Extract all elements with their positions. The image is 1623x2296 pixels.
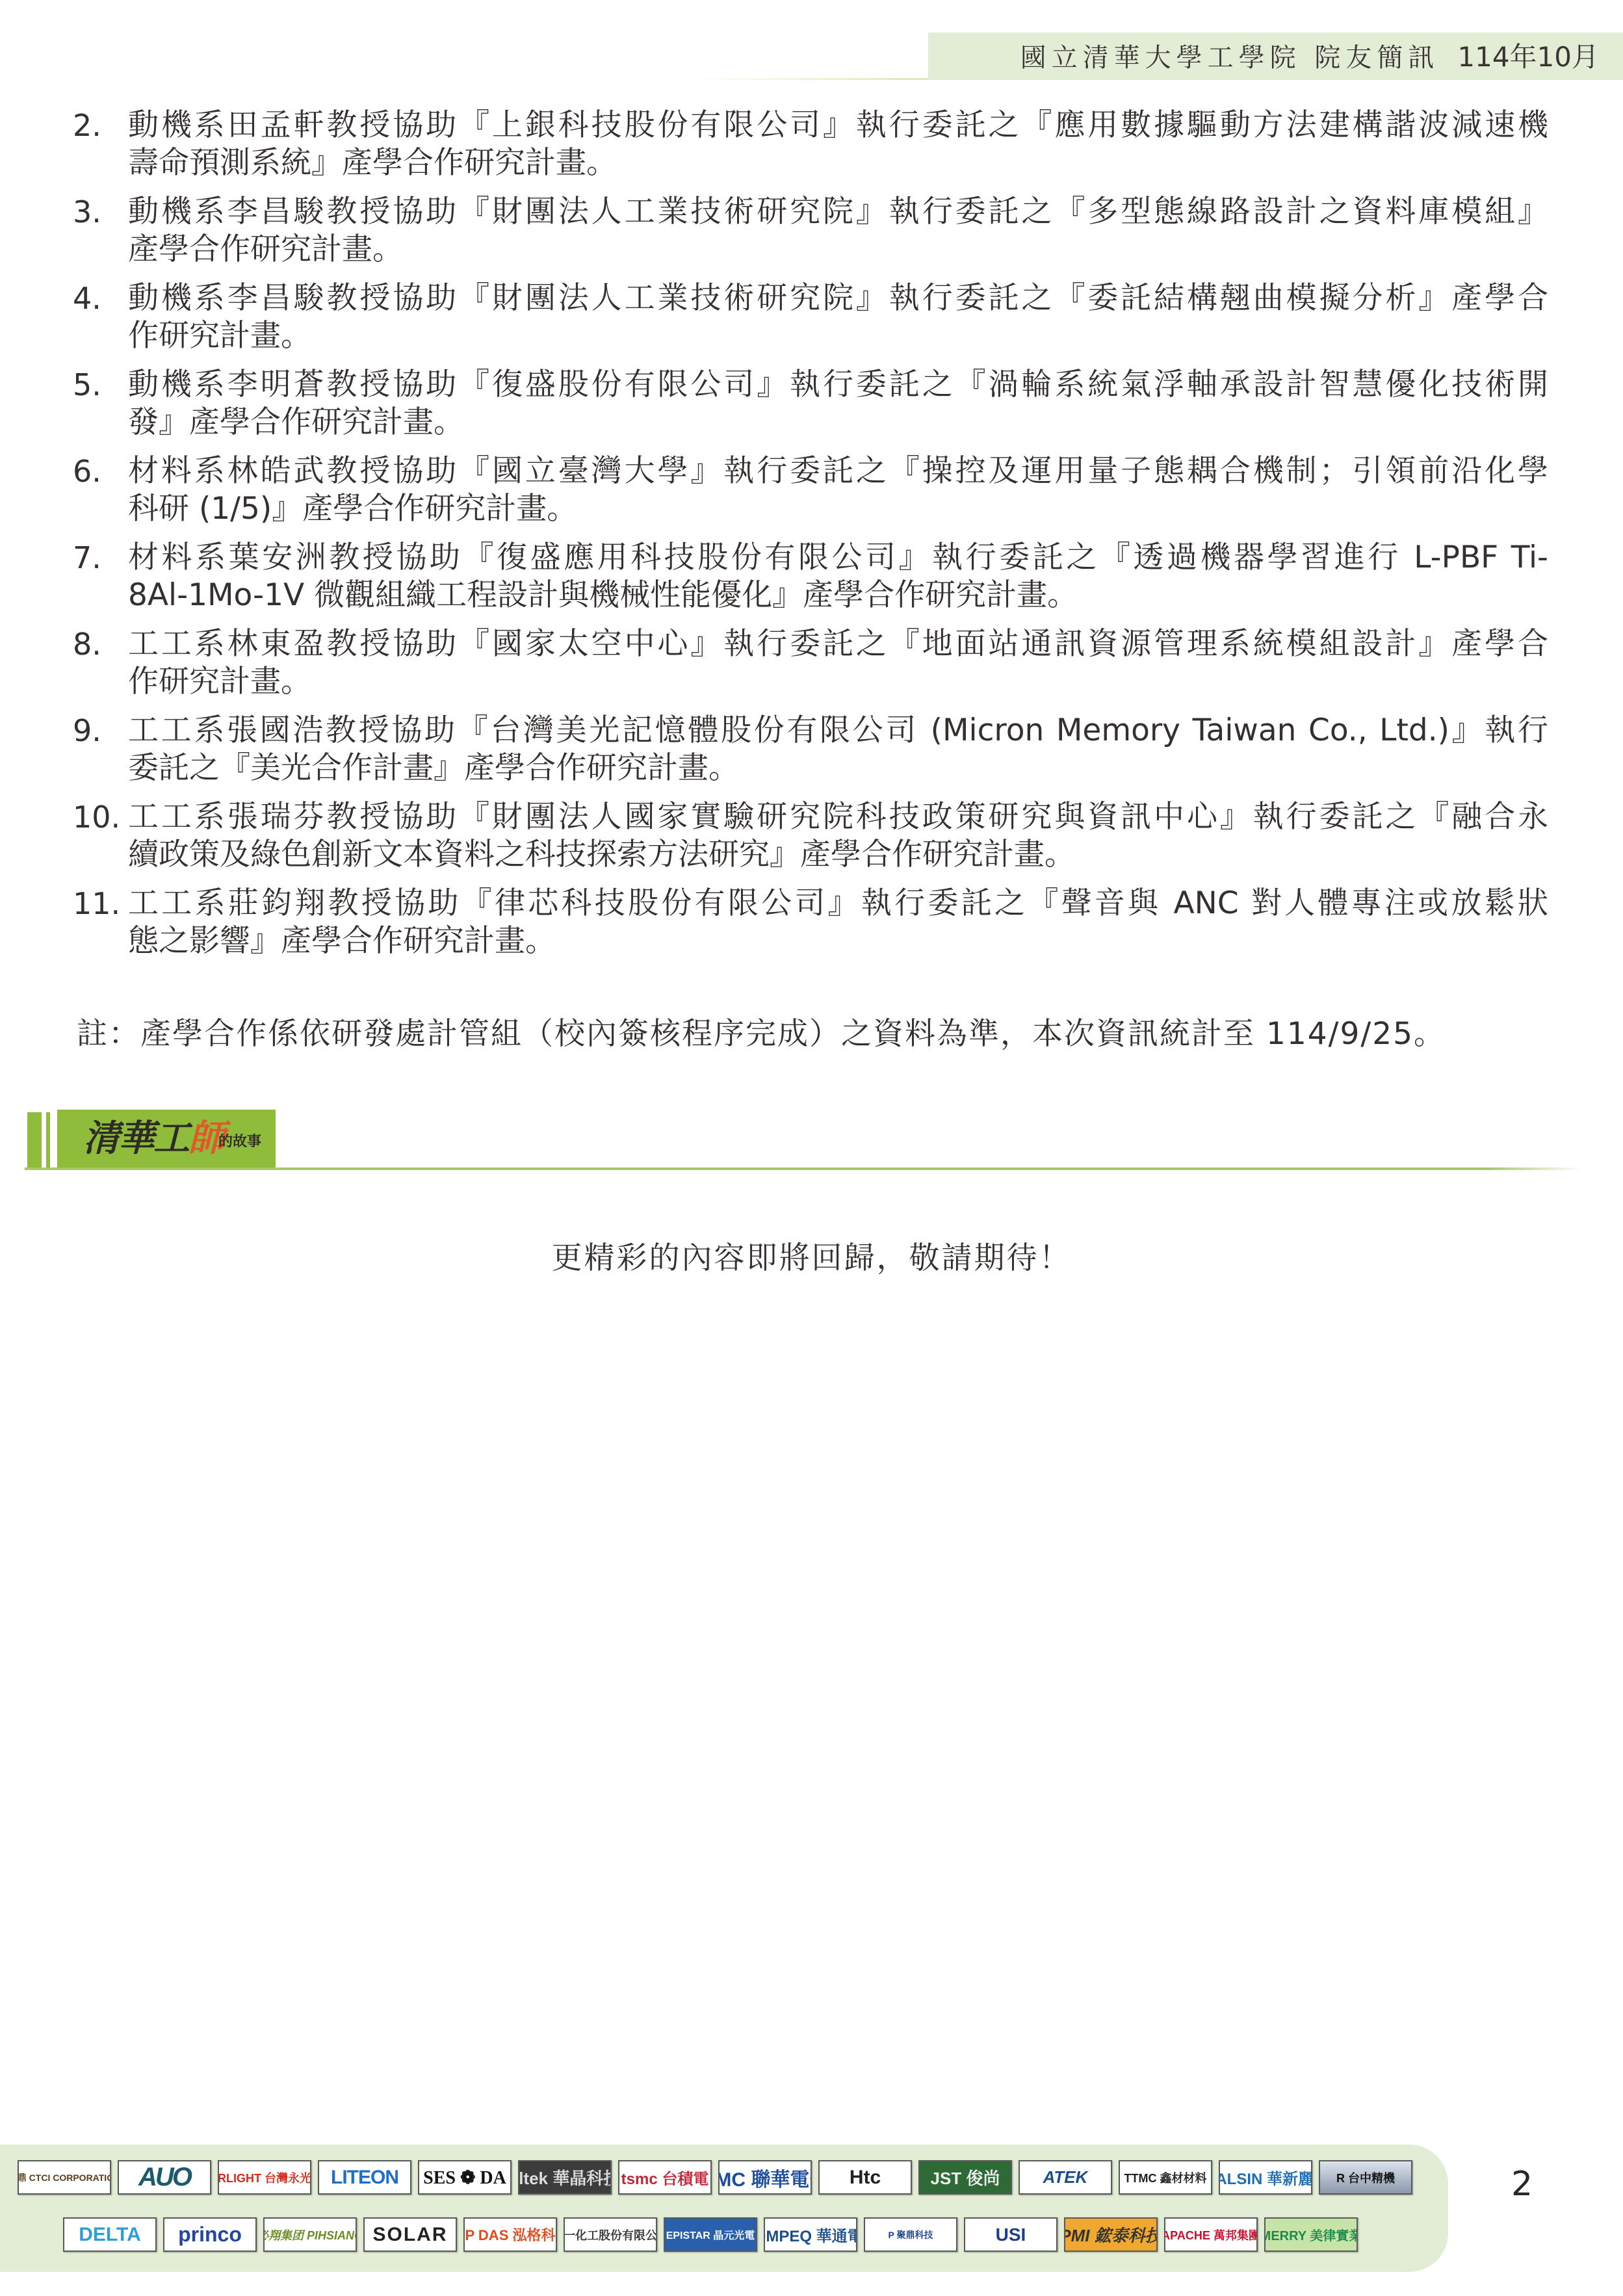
issue-date: 114年10月 [1457,41,1599,73]
sponsor-logo-epistar: EPISTAR 晶元光電 [664,2217,757,2252]
item-number: 3. [73,193,101,231]
sponsor-logo-apache: APACHE 萬邦集團 [1164,2217,1258,2252]
item-number: 5. [73,366,101,404]
item-text-line: 8Al-1Mo-1V 微觀組織工程設計與機械性能優化』產學合作研究計畫。 [128,577,1548,614]
item-number: 9. [73,712,101,750]
item-text-line: 工工系張瑞芬教授協助『財團法人國家實驗研究院科技政策研究與資訊中心』執行委託之『… [128,798,1548,836]
sponsor-logo-princo: princo [163,2217,257,2252]
sponsor-logo-pihsiang: 必翔集团 PIHSIANG [263,2217,357,2252]
item-text-line: 委託之『美光合作計畫』產學合作研究計畫。 [128,750,1548,787]
item-text-line: 材料系葉安洲教授協助『復盛應用科技股份有限公司』執行委託之『透過機器學習進行 L… [128,539,1548,577]
project-item: 3.動機系李昌駿教授協助『財團法人工業技術研究院』執行委託之『多型態線路設計之資… [73,193,1548,268]
item-text-line: 發』產學合作研究計畫。 [128,404,1548,441]
sponsor-logo-delta: DELTA [63,2217,157,2252]
page-number: 2 [1511,2165,1533,2204]
item-text-line: 動機系田孟軒教授協助『上銀科技股份有限公司』執行委託之『應用數據驅動方法建構諧波… [128,107,1548,144]
item-text-line: 續政策及綠色創新文本資料之科技探索方法研究』產學合作研究計畫。 [128,836,1548,874]
sponsor-logo-taichung: R 台中精機 [1319,2160,1412,2195]
section-header-box: 清華工師 的故事 [57,1110,276,1168]
item-text-line: 材料系林皓武教授協助『國立臺灣大學』執行委託之『操控及運用量子態耦合機制；引領前… [128,452,1548,490]
section-rule [25,1168,1581,1170]
sponsor-logo-umc: UMC 聯華電子 [718,2160,812,2195]
item-text-line: 產學合作研究計畫。 [128,231,1548,268]
item-text-line: 動機系李昌駿教授協助『財團法人工業技術研究院』執行委託之『多型態線路設計之資料庫… [128,193,1548,231]
item-text-line: 動機系李明蒼教授協助『復盛股份有限公司』執行委託之『渦輪系統氣浮軸承設計智慧優化… [128,366,1548,404]
sponsor-logo-ctci: 中鼎 CTCI CORPORATION [18,2160,111,2195]
project-item: 9.工工系張國浩教授協助『台灣美光記憶體股份有限公司 (Micron Memor… [73,712,1548,787]
item-number: 11. [73,885,120,922]
project-item: 7.材料系葉安洲教授協助『復盛應用科技股份有限公司』執行委託之『透過機器學習進行… [73,539,1548,614]
project-item: 2.動機系田孟軒教授協助『上銀科技股份有限公司』執行委託之『應用數據驅動方法建構… [73,107,1548,182]
sponsor-logo-usi: USI [964,2217,1058,2252]
project-item: 10.工工系張瑞芬教授協助『財團法人國家實驗研究院科技政策研究與資訊中心』執行委… [73,798,1548,874]
sponsor-logo-liteon: LITEON [318,2160,411,2195]
item-text-line: 動機系李昌駿教授協助『財團法人工業技術研究院』執行委託之『委託結構翹曲模擬分析』… [128,280,1548,317]
sponsor-logo-everlight: EVERLIGHT 台灣永光化學 [218,2160,311,2195]
item-text-line: 科研 (1/5)』產學合作研究計畫。 [128,490,1548,528]
item-text-line: 壽命預測系統』產學合作研究計畫。 [128,144,1548,182]
project-list: 2.動機系田孟軒教授協助『上銀科技股份有限公司』執行委託之『應用數據驅動方法建構… [73,107,1548,971]
sponsor-row-2: DELTAprinco必翔集团 PIHSIANGSOLARICP DAS 泓格科… [63,2217,1358,2252]
sponsor-logo-solar: SOLAR [363,2217,457,2252]
section-title: 清華工師 [83,1114,224,1163]
item-text-line: 工工系莊鈞翔教授協助『律芯科技股份有限公司』執行委託之『聲音與 ANC 對人體專… [128,885,1548,922]
item-number: 6. [73,452,101,490]
item-text-line: 工工系張國浩教授協助『台灣美光記憶體股份有限公司 (Micron Memory … [128,712,1548,750]
newsletter-title: 國立清華大學工學院 院友簡訊 [1020,43,1440,73]
project-item: 5.動機系李明蒼教授協助『復盛股份有限公司』執行委託之『渦輪系統氣浮軸承設計智慧… [73,366,1548,441]
sponsor-logo-pmi: PMI 鋐泰科技 [1064,2217,1158,2252]
newsletter-header: 國立清華大學工學院 院友簡訊114年10月 [1020,38,1599,77]
sponsor-logo-merry: MERRY 美律實業 [1264,2217,1358,2252]
section-decor-bar [27,1112,42,1169]
sponsor-logo-altek: altek 華晶科技 [518,2160,612,2195]
item-number: 4. [73,280,101,317]
item-number: 8. [73,625,101,663]
item-text-line: 工工系林東盈教授協助『國家太空中心』執行委託之『地面站通訊資源管理系統模組設計』… [128,625,1548,663]
project-item: 6.材料系林皓武教授協助『國立臺灣大學』執行委託之『操控及運用量子態耦合機制；引… [73,452,1548,528]
item-text-line: 作研究計畫。 [128,663,1548,701]
sponsor-logo-atek: ATEK [1019,2160,1112,2195]
sponsor-logo-auo: AUO [118,2160,211,2195]
project-item: 11.工工系莊鈞翔教授協助『律芯科技股份有限公司』執行委託之『聲音與 ANC 對… [73,885,1548,960]
sponsor-logo-compeq: COMPEQ 華通電腦 [764,2217,857,2252]
coming-soon-message: 更精彩的內容即將回歸，敬請期待！ [0,1238,1623,1279]
sponsor-logo-jst: JST 俊尚 [918,2160,1012,2195]
sponsor-logo-shengyi: 勝一化工股份有限公司 [564,2217,657,2252]
sponsor-logo-walsin: WALSIN 華新麗華 [1219,2160,1312,2195]
sponsor-logo-polytronics: P 聚鼎科技 [864,2217,957,2252]
item-text-line: 態之影響』產學合作研究計畫。 [128,922,1548,960]
section-subtitle: 的故事 [218,1132,261,1151]
project-item: 4.動機系李昌駿教授協助『財團法人工業技術研究院』執行委託之『委託結構翹曲模擬分… [73,280,1548,355]
section-decor-bar-thin [46,1112,50,1169]
item-number: 10. [73,798,120,836]
item-number: 2. [73,107,101,144]
sponsor-logo-tsmc: tsmc 台積電 [618,2160,712,2195]
sponsor-row-1: 中鼎 CTCI CORPORATIONAUOEVERLIGHT 台灣永光化學LI… [18,2160,1412,2195]
sponsor-logo-ttmc: TTMC 鑫材材料 [1119,2160,1212,2195]
project-item: 8.工工系林東盈教授協助『國家太空中心』執行委託之『地面站通訊資源管理系統模組設… [73,625,1548,701]
sponsor-logo-htc: Htc [818,2160,912,2195]
item-text-line: 作研究計畫。 [128,317,1548,355]
data-source-note: 註：產學合作係依研發處計管組（校內簽核程序完成）之資料為準，本次資訊統計至 11… [77,1014,1446,1054]
sponsor-logo-icpdas: ICP DAS 泓格科技 [463,2217,557,2252]
item-number: 7. [73,539,101,577]
sponsor-logo-sesda: SES ❁ DA [418,2160,512,2195]
